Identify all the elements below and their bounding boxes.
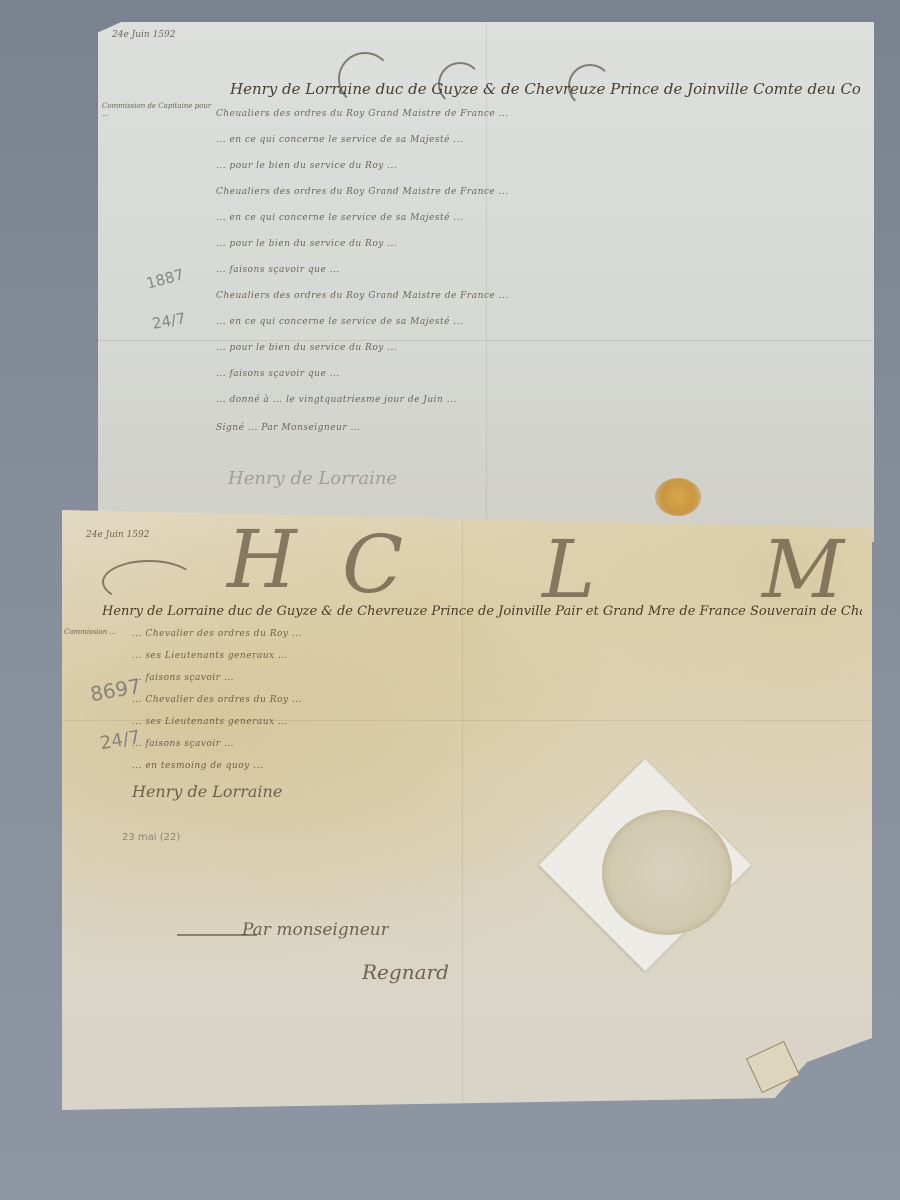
body-line: ... faisons sçavoir que ... (216, 366, 866, 382)
pencil-mark: 1887 (144, 265, 186, 292)
body-line: ... pour le bien du service du Roy ... (216, 340, 866, 356)
body-line: ... en ce qui concerne le service de sa … (216, 314, 866, 330)
pencil-mark: 23 mai (22) (122, 832, 180, 843)
body-line: Cheualiers des ordres du Roy Grand Maist… (216, 288, 866, 304)
decorative-initial: M (762, 530, 844, 610)
body-line: ... pour le bien du service du Roy ... (216, 158, 866, 174)
upper-document: 24e Juin 1592 Commission de Capitaine po… (98, 22, 874, 542)
secretary-signature: Regnard (362, 960, 449, 984)
body-line: ... pour le bien du service du Roy ... (216, 236, 866, 252)
margin-note: Commission de Capitaine pour ... (102, 102, 212, 118)
body-line: Cheualiers des ordres du Roy Grand Maist… (216, 106, 866, 122)
decorative-initial: C (342, 525, 403, 605)
pencil-mark: 24/7 (151, 309, 187, 333)
body-line: ... ses Lieutenants generaux ... (132, 648, 862, 664)
body-line: ... donné à ... le vingtquatriesme jour … (216, 392, 866, 408)
body-line: ... en ce qui concerne le service de sa … (216, 132, 866, 148)
body-line: ... Chevalier des ordres du Roy ... (132, 692, 862, 708)
body-line: ... faisons sçavoir que ... (216, 262, 866, 278)
decorative-initial: H (227, 520, 297, 600)
signature: Henry de Lorraine (132, 782, 282, 801)
closing-line: Signé ... Par Monseigneur ... (216, 420, 716, 436)
countersign-label: Par monseigneur (242, 920, 389, 940)
lower-document: 24e Juin 1592 H C L M Henry de Lorraine … (62, 510, 872, 1110)
wax-stain (655, 478, 701, 516)
corner-note: 24e Juin 1592 (112, 30, 175, 40)
decorative-initial: L (542, 530, 595, 610)
body-line: ... faisons sçavoir ... (132, 736, 862, 752)
fold-line (486, 22, 487, 542)
signature: Henry de Lorraine (228, 468, 397, 489)
body-line: ... faisons sçavoir ... (132, 670, 862, 686)
wax-seal (602, 810, 732, 935)
body-line: ... en tesmoing de quoy ... (132, 758, 862, 774)
body-line: ... ses Lieutenants generaux ... (132, 714, 862, 730)
document-heading: Henry de Lorraine duc de Guyze & de Chev… (230, 80, 860, 98)
document-heading: Henry de Lorraine duc de Guyze & de Chev… (102, 604, 862, 619)
body-line: Cheualiers des ordres du Roy Grand Maist… (216, 184, 866, 200)
fold-line (462, 510, 463, 1110)
body-line: ... Chevalier des ordres du Roy ... (132, 626, 862, 642)
body-line: ... en ce qui concerne le service de sa … (216, 210, 866, 226)
corner-note: 24e Juin 1592 (86, 530, 149, 540)
flourish (102, 560, 196, 604)
